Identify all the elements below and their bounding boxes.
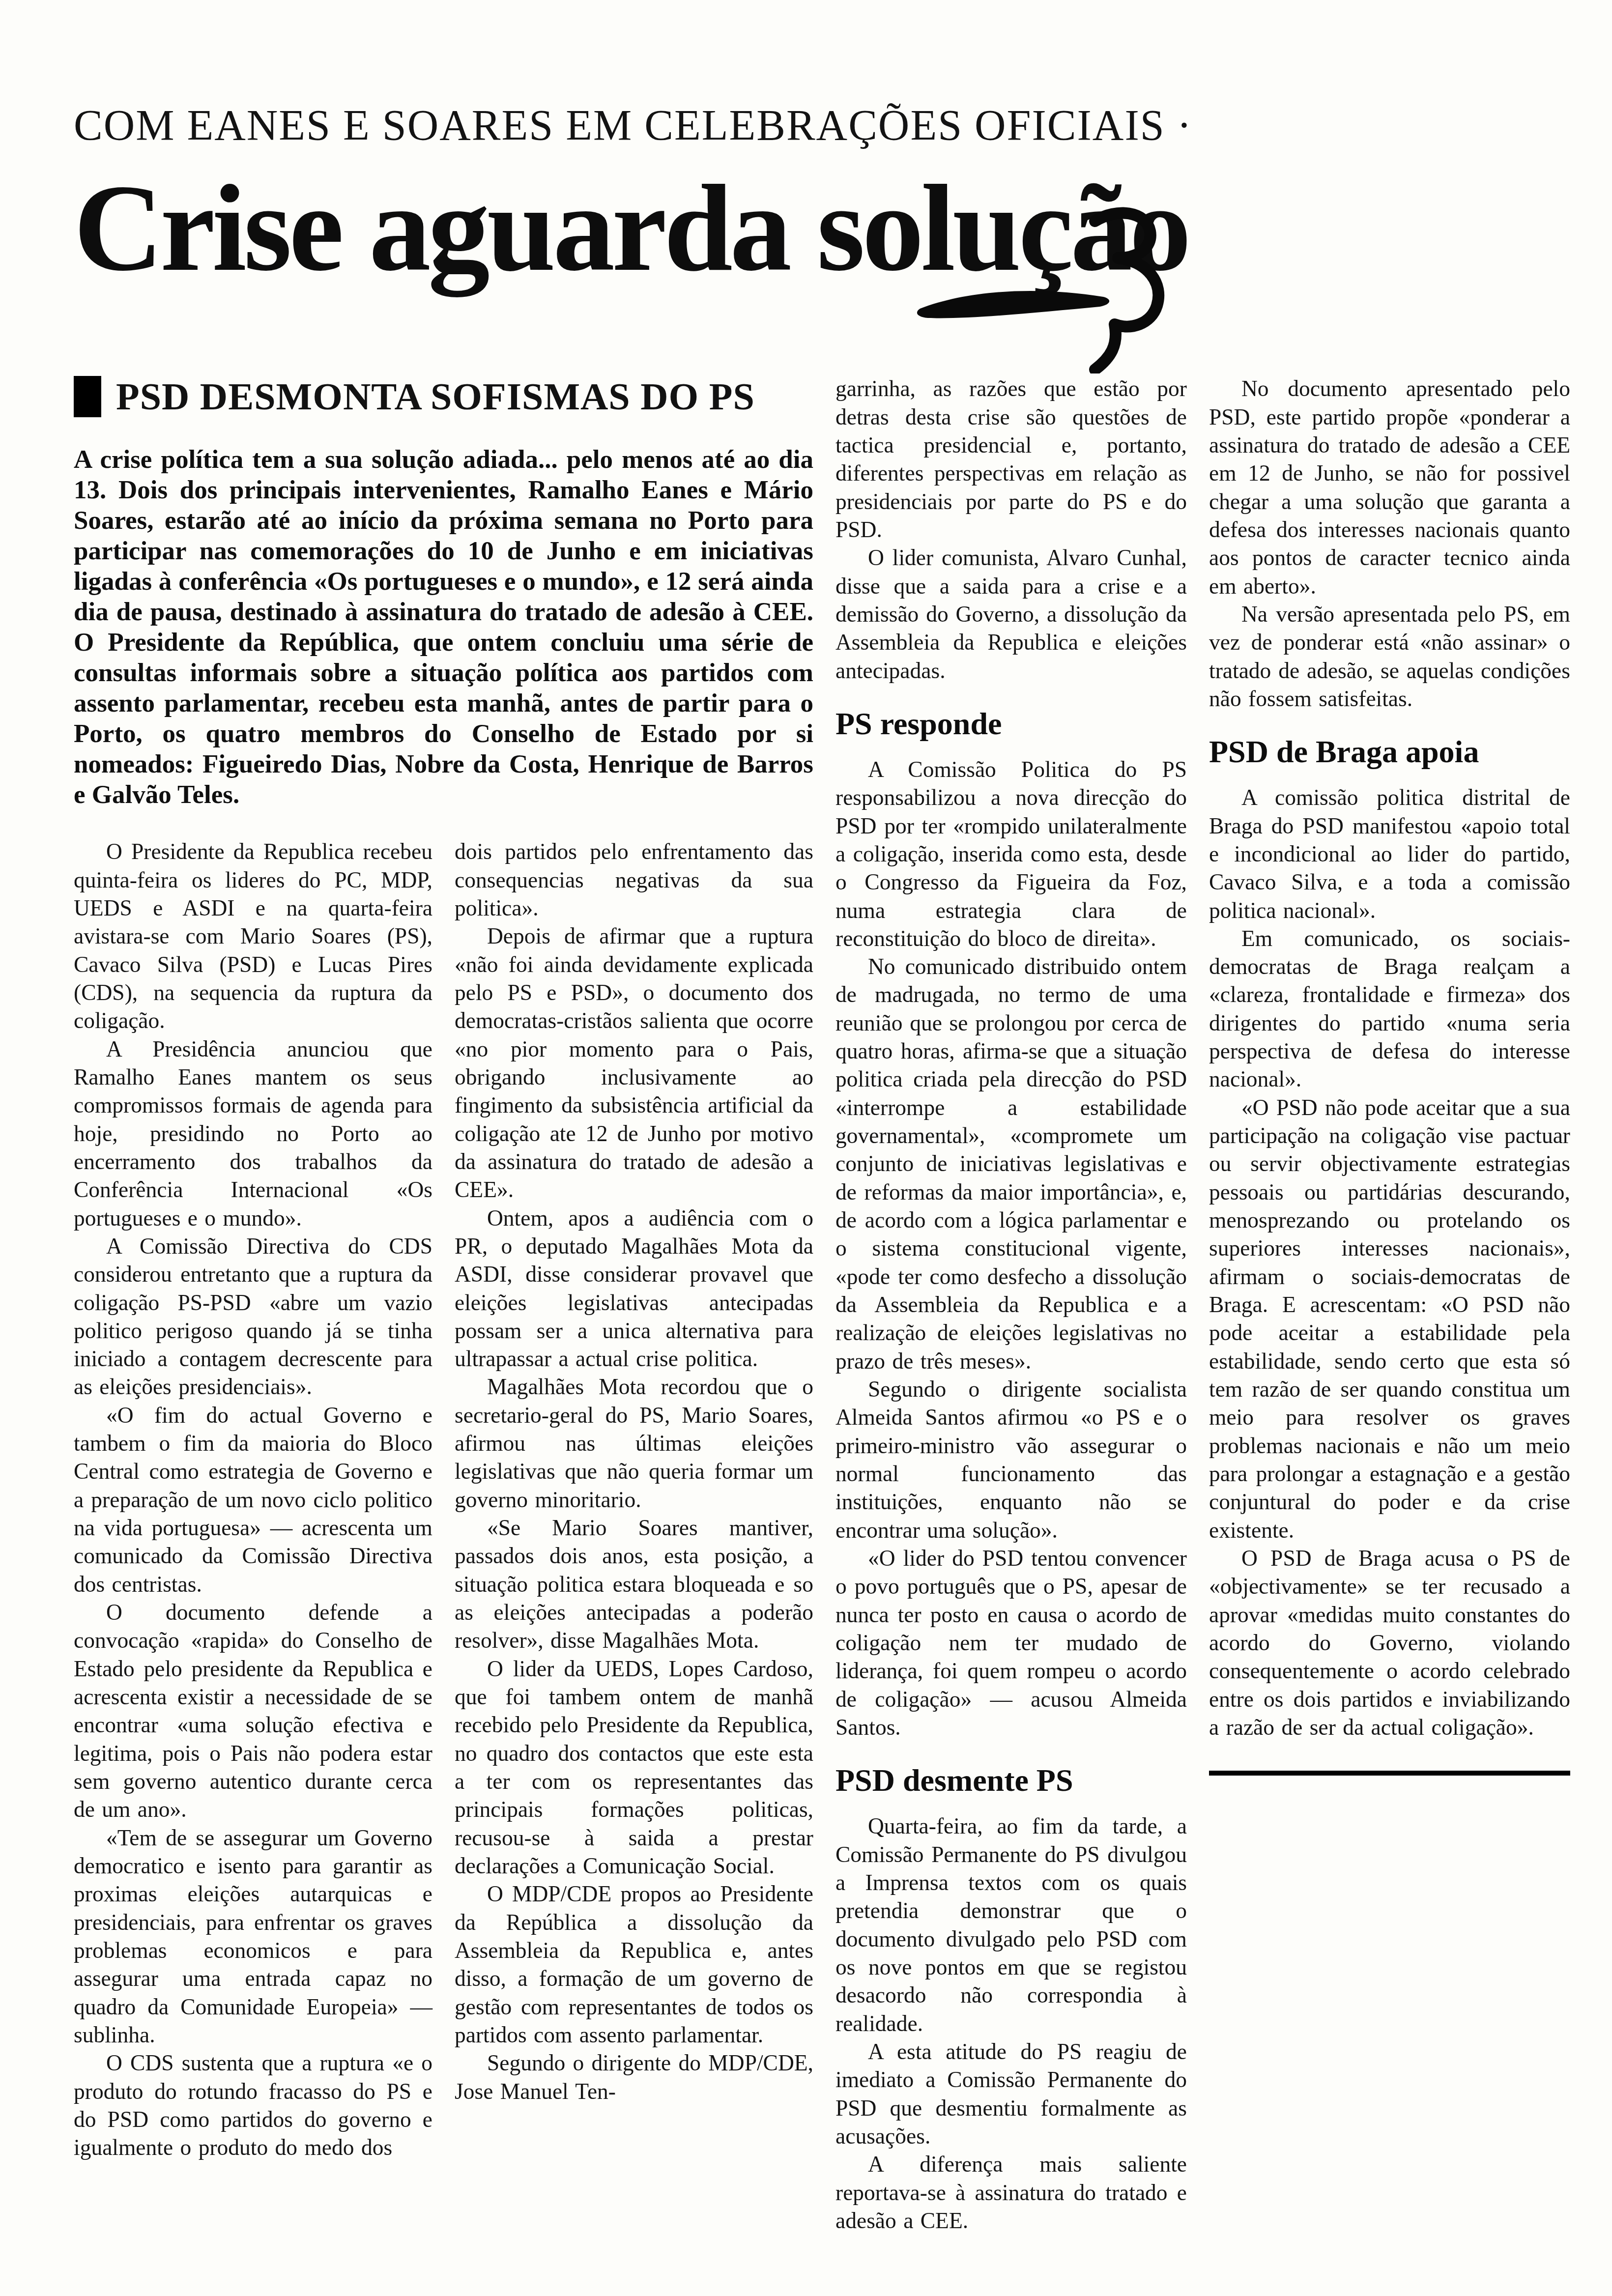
paragraph: A Comissão Politica do PS responsabilizo…: [835, 755, 1187, 952]
lead-paragraph: A crise política tem a sua solução adiad…: [74, 444, 813, 810]
column-4-text: No documento apresentado pelo PSD, este …: [1209, 374, 1570, 1741]
end-rule: [1209, 1771, 1570, 1776]
paragraph: Segundo o dirigente socialista Almeida S…: [835, 1375, 1187, 1544]
paragraph: A Presidência anunciou que Ramalho Eanes…: [74, 1035, 432, 1232]
section-heading: PS responde: [835, 708, 1187, 740]
article-column-2: dois partidos pelo enfrentamento das con…: [455, 837, 813, 2105]
standfirst-label: PSD DESMONTA SOFISMAS DO PS: [116, 374, 755, 419]
article-body: PSD DESMONTA SOFISMAS DO PS A crise polí…: [74, 374, 1570, 2235]
paragraph: «O PSD não pode aceitar que a sua partic…: [1209, 1093, 1570, 1544]
left-columns-wrap: PSD DESMONTA SOFISMAS DO PS A crise polí…: [74, 374, 813, 2161]
paragraph: dois partidos pelo enfrentamento das con…: [455, 837, 813, 922]
paragraph: garrinha, as razões que estão por detras…: [835, 374, 1187, 544]
columns-1-2: O Presidente da Republica recebeu quinta…: [74, 837, 813, 2161]
paragraph: «O lider do PSD tentou convencer o povo …: [835, 1544, 1187, 1741]
black-square-icon: [74, 376, 101, 417]
paragraph: Na versão apresentada pelo PS, em vez de…: [1209, 600, 1570, 713]
article: COM EANES E SOARES EM CELEBRAÇÕES OFICIA…: [74, 103, 1570, 2235]
paragraph: O Presidente da Republica recebeu quinta…: [74, 837, 432, 1034]
paragraph: O PSD de Braga acusa o PS de «objectivam…: [1209, 1544, 1570, 1741]
paragraph: O lider da UEDS, Lopes Cardoso, que foi …: [455, 1655, 813, 1880]
newspaper-page: COM EANES E SOARES EM CELEBRAÇÕES OFICIA…: [0, 0, 1612, 2296]
section-heading: PSD de Braga apoia: [1209, 736, 1570, 768]
article-column-1: O Presidente da Republica recebeu quinta…: [74, 837, 432, 2161]
paragraph: «Se Mario Soares mantiver, passados dois…: [455, 1514, 813, 1655]
paragraph: No documento apresentado pelo PSD, este …: [1209, 374, 1570, 600]
paragraph: Em comunicado, os sociais-democratas de …: [1209, 924, 1570, 1093]
paragraph: Magalhães Mota recordou que o secretario…: [455, 1373, 813, 1514]
headline: Crise aguarda solução: [74, 165, 1570, 291]
paragraph: O documento defende a convocação «rapida…: [74, 1598, 432, 1824]
paragraph: O lider comunista, Alvaro Cunhal, disse …: [835, 544, 1187, 685]
paragraph: Ontem, apos a audiência com o PR, o depu…: [455, 1204, 813, 1373]
paragraph: O MDP/CDE propos ao Presidente da Repúbl…: [455, 1880, 813, 2049]
paragraph: Quarta-feira, ao fim da tarde, a Comissã…: [835, 1812, 1187, 2038]
article-column-3: garrinha, as razões que estão por detras…: [835, 374, 1187, 2235]
paragraph: «Tem de se assegurar um Governo democrat…: [74, 1824, 432, 2049]
paragraph: No comunicado distribuido ontem de madru…: [835, 952, 1187, 1375]
paragraph: Depois de afirmar que a ruptura «não foi…: [455, 922, 813, 1204]
paragraph: A comissão politica distrital de Braga d…: [1209, 783, 1570, 924]
article-column-4: No documento apresentado pelo PSD, este …: [1209, 374, 1570, 1779]
paragraph: A esta atitude do PS reagiu de imediato …: [835, 2038, 1187, 2150]
paragraph: O CDS sustenta que a ruptura «e o produt…: [74, 2049, 432, 2161]
paragraph: A diferença mais saliente reportava-se à…: [835, 2150, 1187, 2235]
paragraph: A Comissão Directiva do CDS considerou e…: [74, 1232, 432, 1401]
paragraph: «O fim do actual Governo e tambem o fim …: [74, 1401, 432, 1598]
paragraph: Segundo o dirigente do MDP/CDE, Jose Man…: [455, 2049, 813, 2105]
kicker: COM EANES E SOARES EM CELEBRAÇÕES OFICIA…: [74, 103, 1570, 148]
section-heading: PSD desmente PS: [835, 1765, 1187, 1796]
standfirst: PSD DESMONTA SOFISMAS DO PS: [74, 374, 813, 419]
